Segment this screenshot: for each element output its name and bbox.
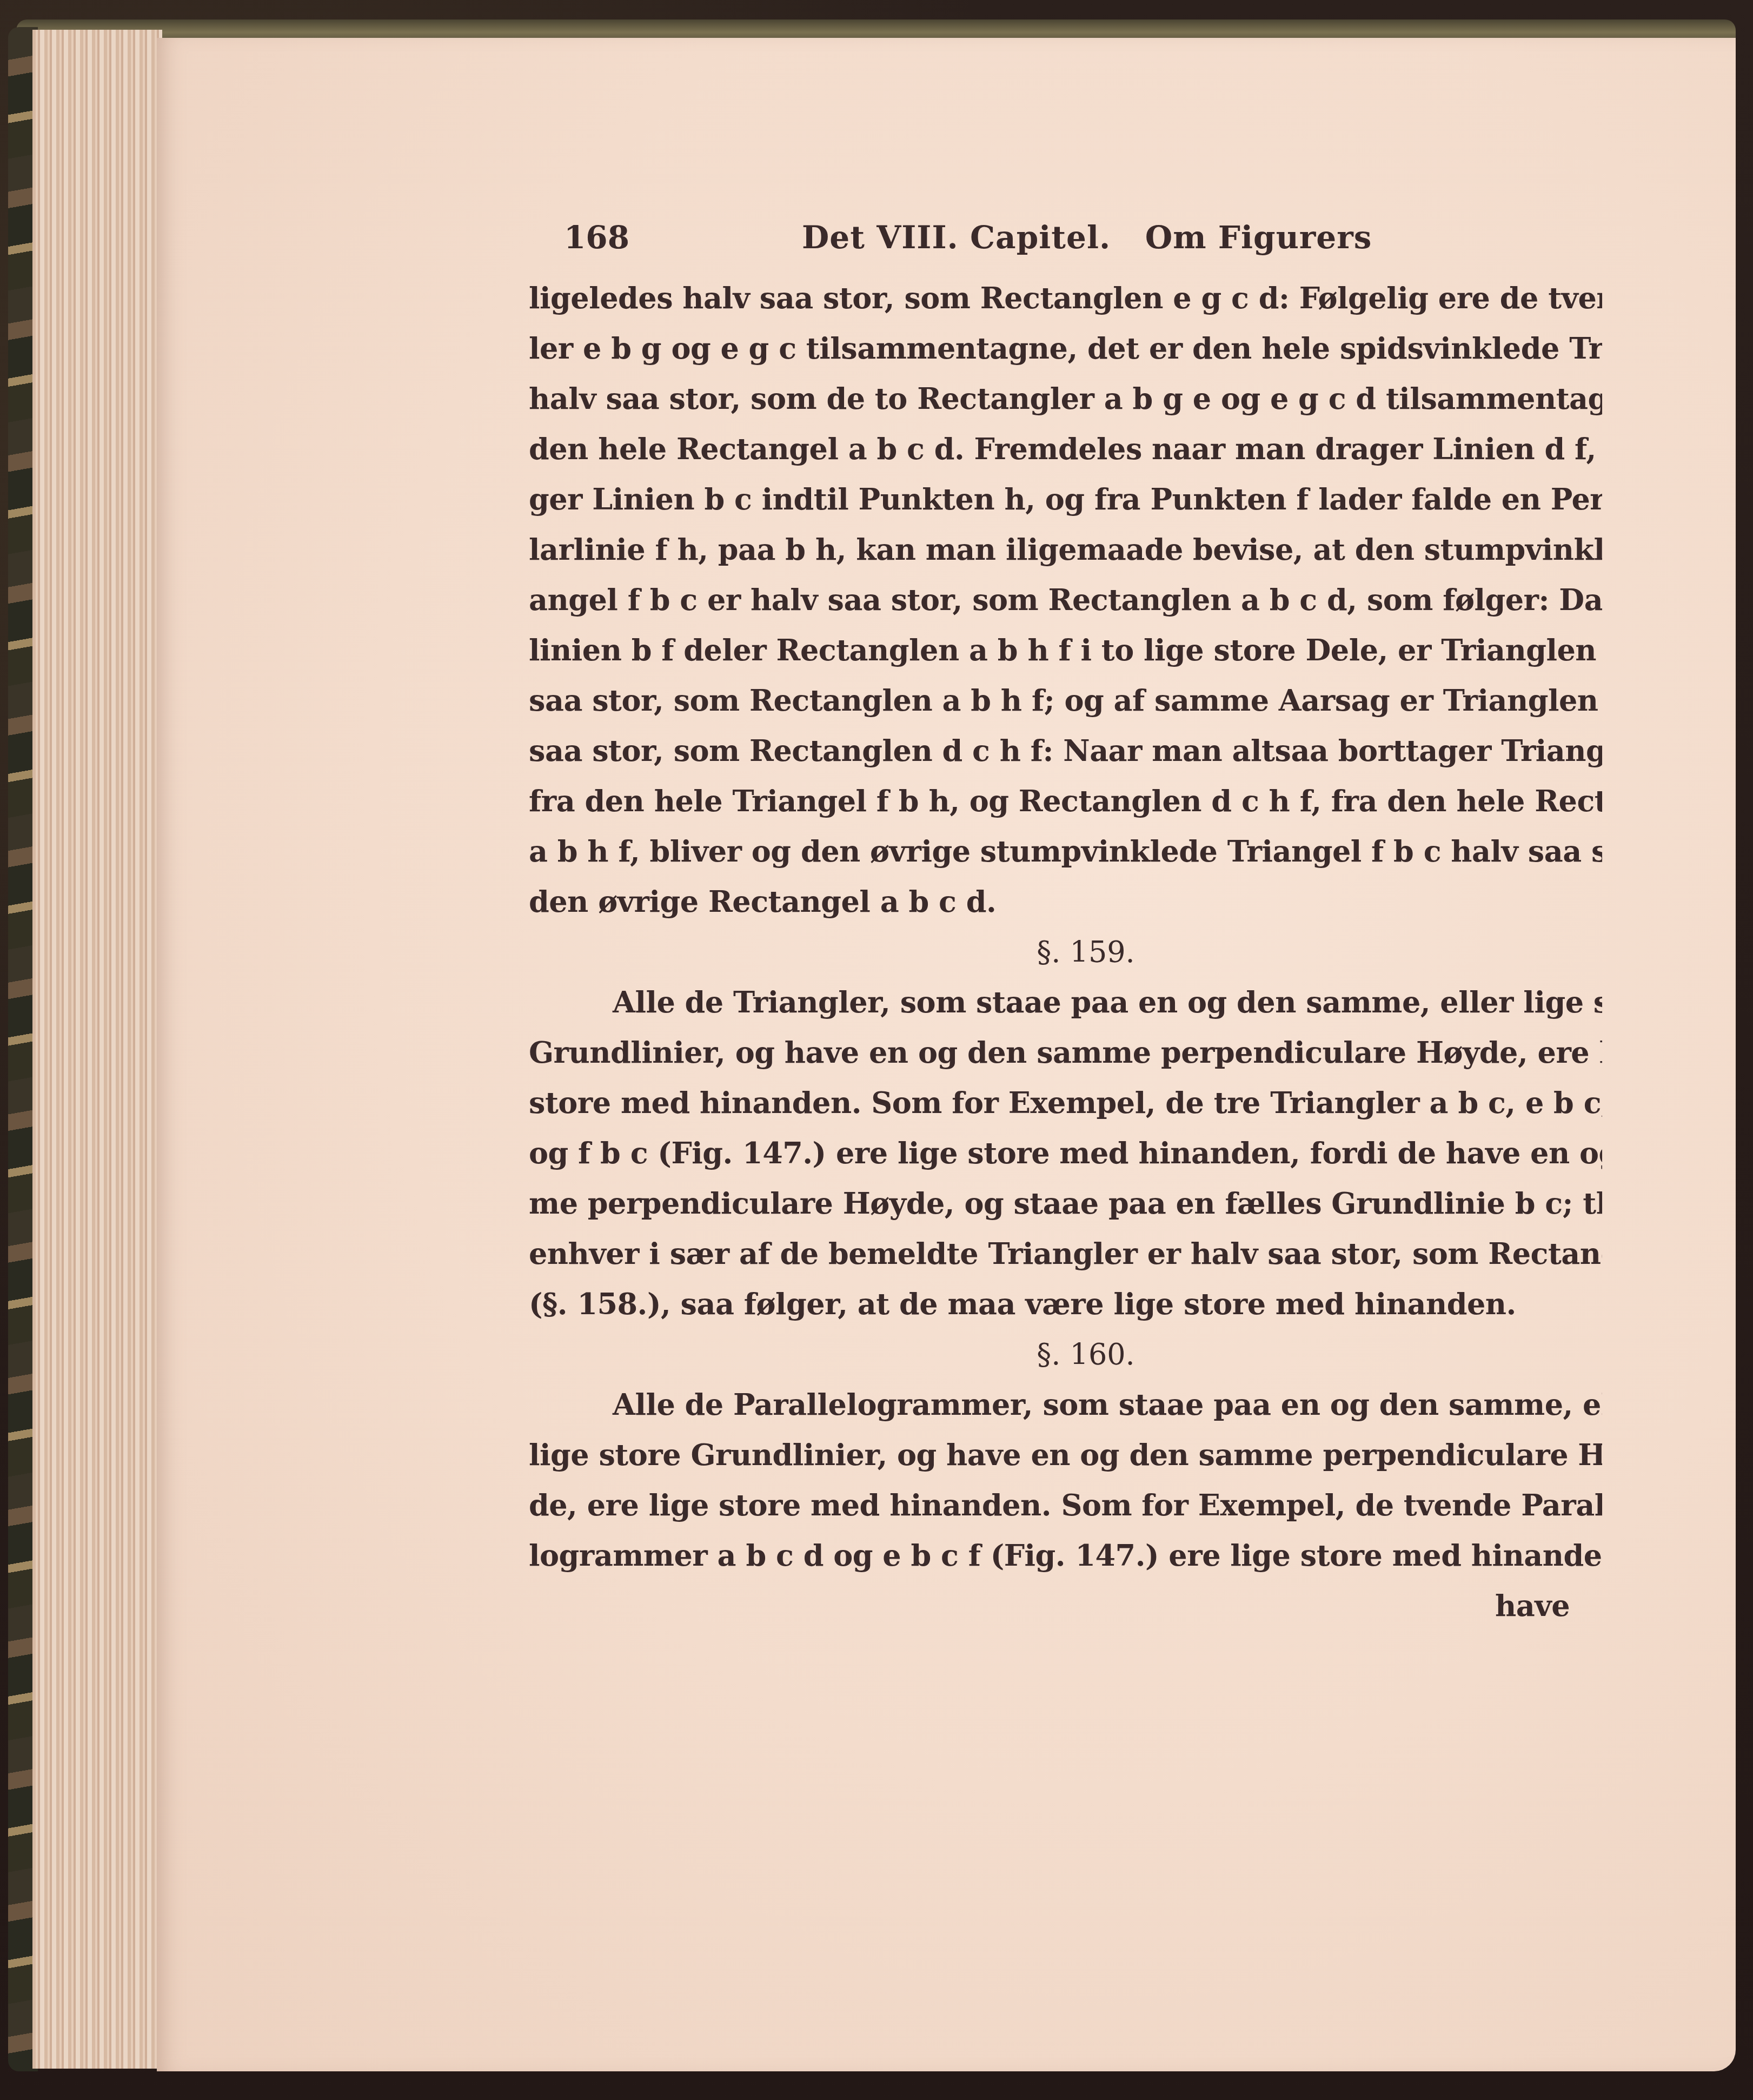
text-line: Alle de Triangler, som staae paa en og d… [529, 977, 1602, 1028]
page-text: 168 Det VIII. Capitel. Om Figurers ligel… [529, 219, 1610, 1631]
section-160-paragraph: Alle de Parallelogrammer, som staae paa … [529, 1380, 1610, 1631]
text-line: den øvrige Rectangel a b c d. [529, 877, 1602, 927]
text-line: ger Linien b c indtil Punkten h, og fra … [529, 474, 1602, 525]
text-line: saa stor, som Rectanglen a b h f; og af … [529, 675, 1602, 726]
chapter-title: Det VIII. Capitel. Om Figurers [802, 219, 1372, 256]
page-stack-edges [32, 30, 162, 2069]
text-line: og f b c (Fig. 147.) ere lige store med … [529, 1128, 1602, 1178]
text-line: angel f b c er halv saa stor, som Rectan… [529, 575, 1602, 625]
text-line: saa stor, som Rectanglen d c h f: Naar m… [529, 726, 1602, 776]
text-line: Grundlinier, og have en og den samme per… [529, 1028, 1602, 1078]
page-number: 168 [564, 219, 629, 256]
text-line: ler e b g og e g c tilsammentagne, det e… [529, 323, 1602, 374]
text-line: store med hinanden. Som for Exempel, de … [529, 1078, 1602, 1128]
section-heading-160: §. 160. [529, 1329, 1610, 1380]
text-line: logrammer a b c d og e b c f (Fig. 147.)… [529, 1531, 1602, 1581]
text-line: linien b f deler Rectanglen a b h f i to… [529, 625, 1602, 675]
text-line: (§. 158.), saa følger, at de maa være li… [529, 1279, 1602, 1329]
text-line: enhver i sær af de bemeldte Triangler er… [529, 1229, 1602, 1279]
catchword: have [529, 1581, 1602, 1631]
text-line: halv saa stor, som de to Rectangler a b … [529, 374, 1602, 424]
section-heading-159: §. 159. [529, 927, 1610, 977]
text-line: de, ere lige store med hinanden. Som for… [529, 1480, 1602, 1531]
text-line: Alle de Parallelogrammer, som staae paa … [529, 1380, 1602, 1430]
continued-paragraph: ligeledes halv saa stor, som Rectanglen … [529, 273, 1610, 927]
text-line: den hele Rectangel a b c d. Fremdeles na… [529, 424, 1602, 474]
text-line: ligeledes halv saa stor, som Rectanglen … [529, 273, 1602, 323]
running-head: 168 Det VIII. Capitel. Om Figurers [529, 219, 1610, 268]
text-line: fra den hele Triangel f b h, og Rectangl… [529, 776, 1602, 826]
section-159-paragraph: Alle de Triangler, som staae paa en og d… [529, 977, 1610, 1329]
text-line: a b h f, bliver og den øvrige stumpvinkl… [529, 826, 1602, 877]
text-line: lige store Grundlinier, og have en og de… [529, 1430, 1602, 1480]
text-line: me perpendiculare Høyde, og staae paa en… [529, 1178, 1602, 1229]
text-line: larlinie f h, paa b h, kan man iligemaad… [529, 525, 1602, 575]
